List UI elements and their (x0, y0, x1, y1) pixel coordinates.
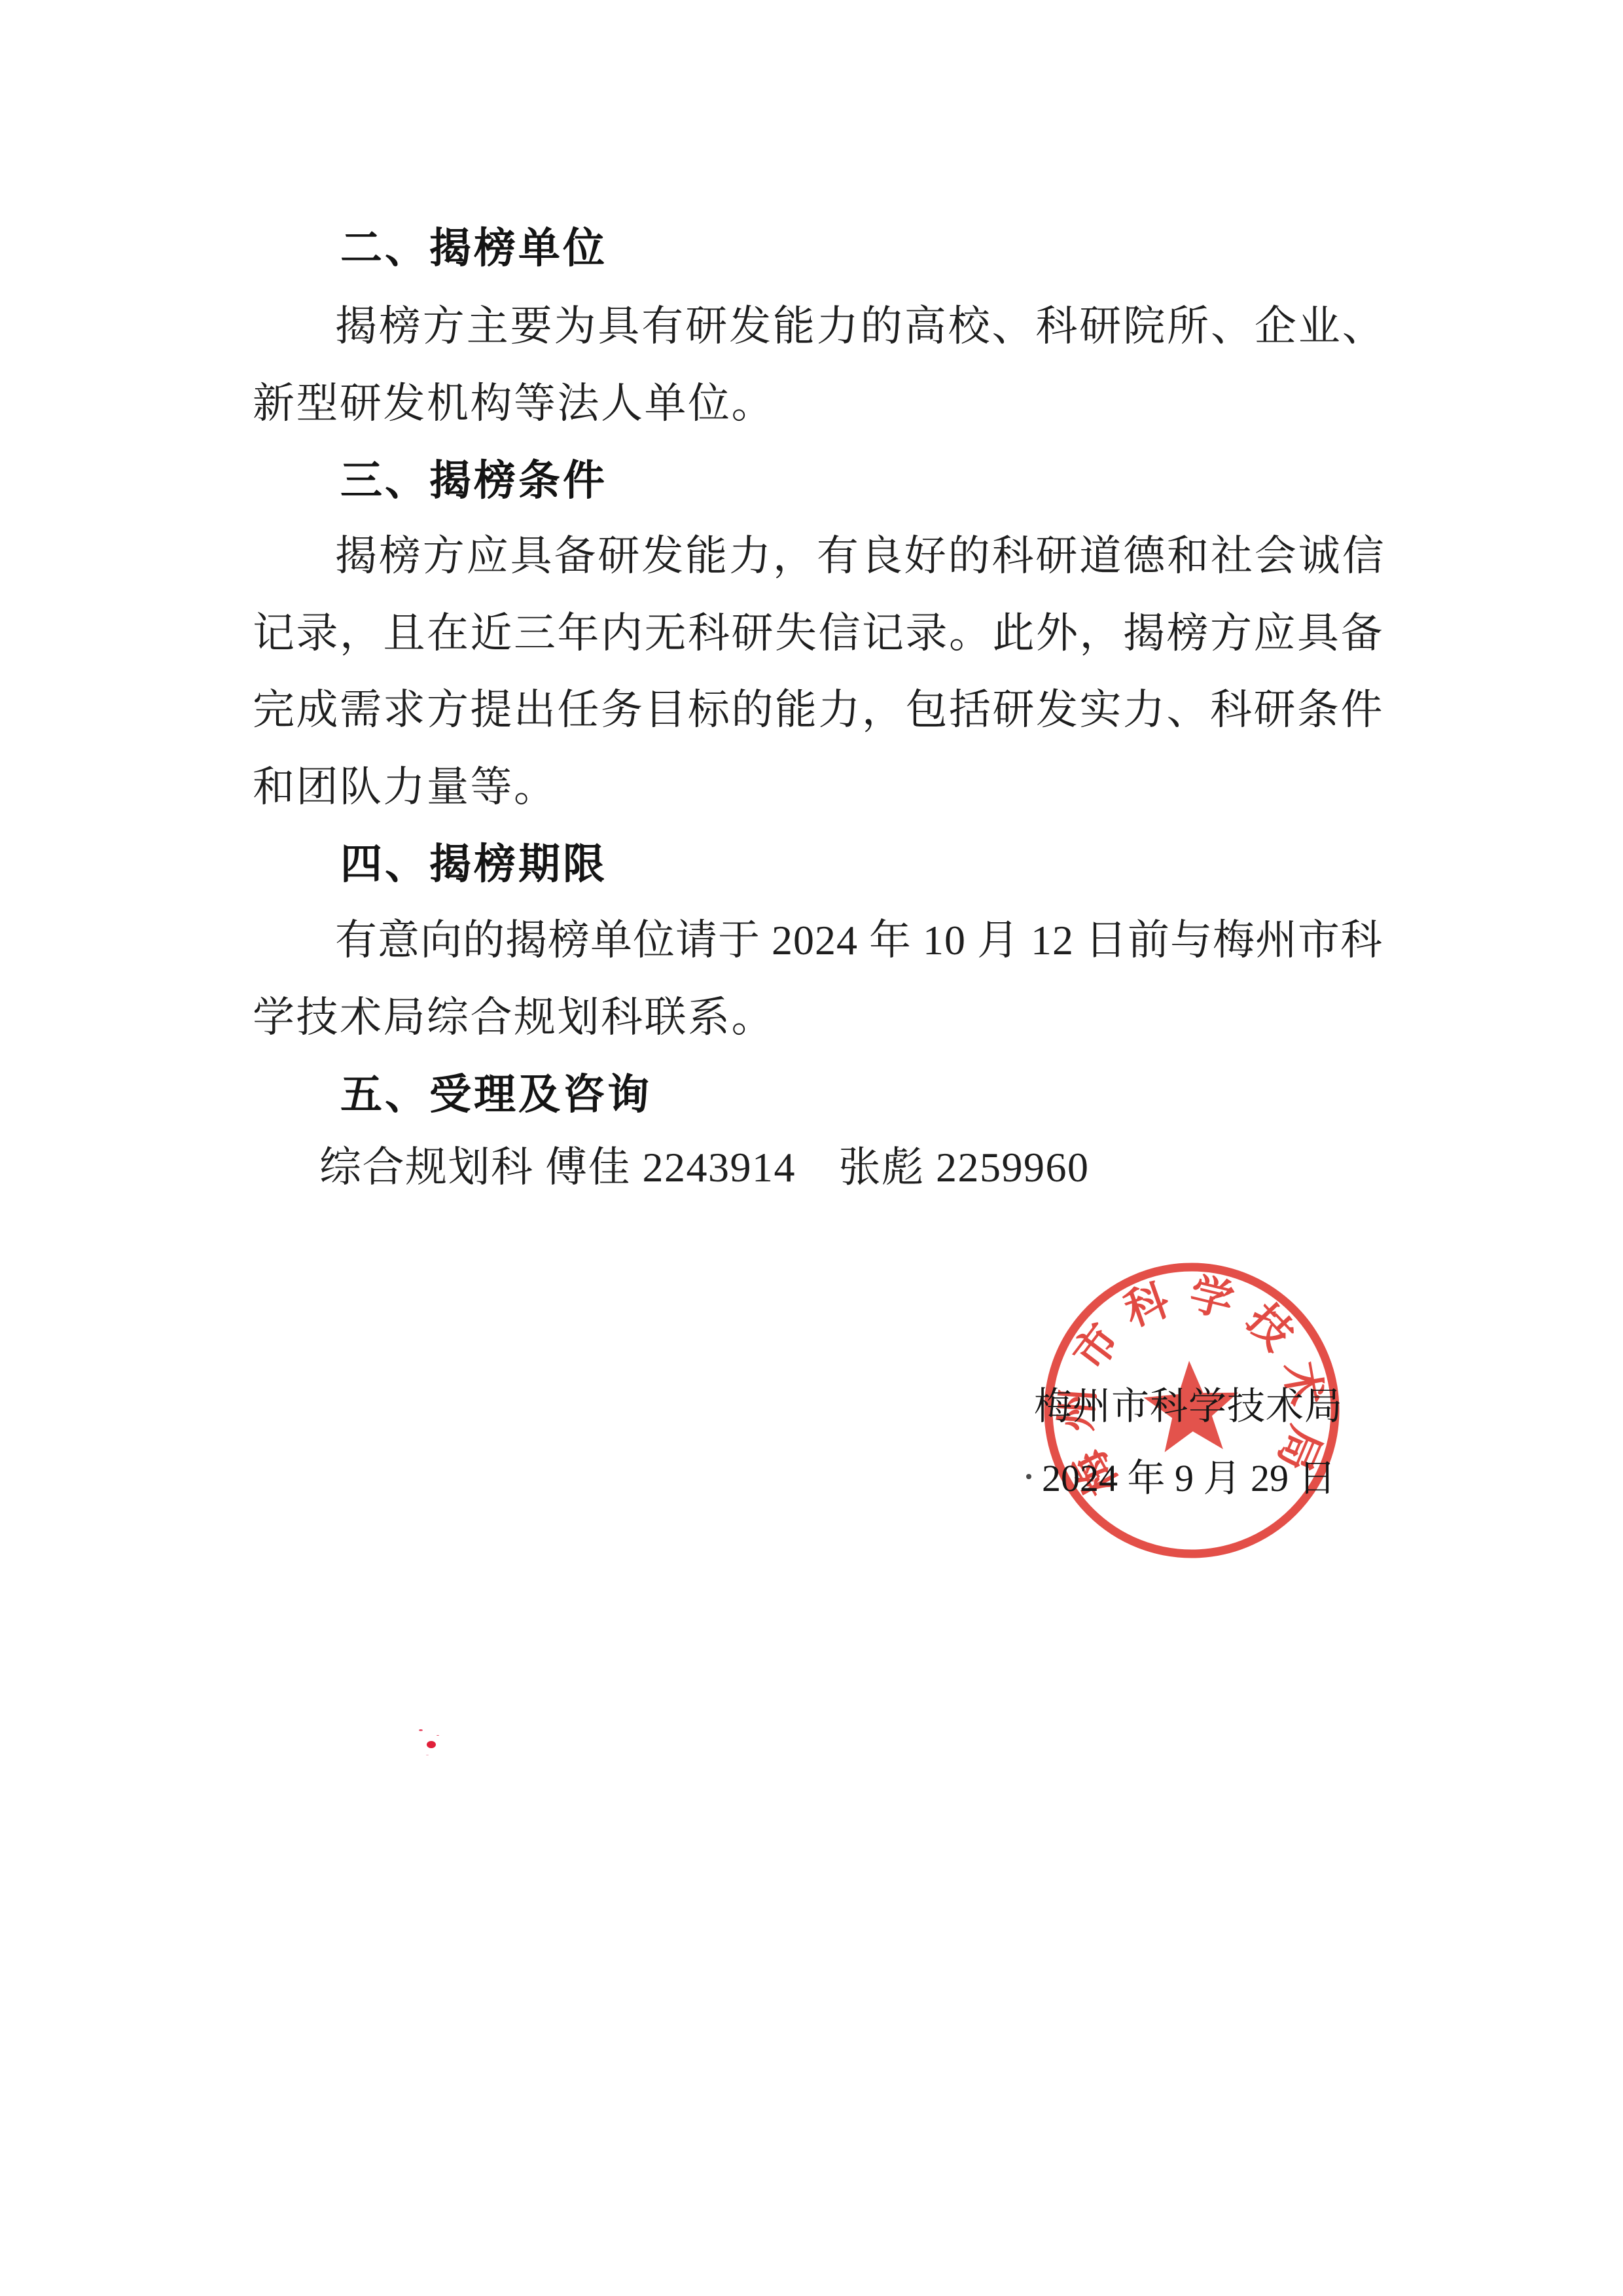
contact-line: 综合规划科 傅佳 2243914 张彪 2259960 (319, 1147, 1090, 1189)
scan-dot (1026, 1474, 1031, 1479)
body-line: 新型研发机构等法人单位。 (253, 383, 775, 425)
section-heading-4: 四、揭榜期限 (340, 843, 607, 885)
section-heading-5: 五、受理及咨询 (340, 1073, 652, 1115)
signature-organization: 梅州市科学技术局 (1034, 1388, 1343, 1426)
body-line: 记录，且在近三年内无科研失信记录。此外，揭榜方应具备 (253, 613, 1384, 655)
red-ink-speckle (427, 1741, 436, 1748)
body-line: 揭榜方主要为具有研发能力的高校、科研院所、企业、 (335, 306, 1386, 348)
body-line: 有意向的揭榜单位请于 2024 年 10 月 12 日前与梅州市科 (335, 920, 1383, 961)
body-line: 学技术局综合规划科联系。 (253, 997, 775, 1039)
section-heading-2: 二、揭榜单位 (340, 227, 607, 269)
signature-date: 2024 年 9 月 29 日 (1042, 1460, 1336, 1498)
body-line: 完成需求方提出任务目标的能力，包括研发实力、科研条件 (253, 689, 1384, 731)
body-line: 揭榜方应具备研发能力，有良好的科研道德和社会诚信 (335, 535, 1386, 577)
section-heading-3: 三、揭榜条件 (340, 459, 607, 501)
body-line: 和团队力量等。 (253, 766, 558, 808)
scanned-document-page: 二、揭榜单位 揭榜方主要为具有研发能力的高校、科研院所、企业、 新型研发机构等法… (0, 0, 1623, 2296)
